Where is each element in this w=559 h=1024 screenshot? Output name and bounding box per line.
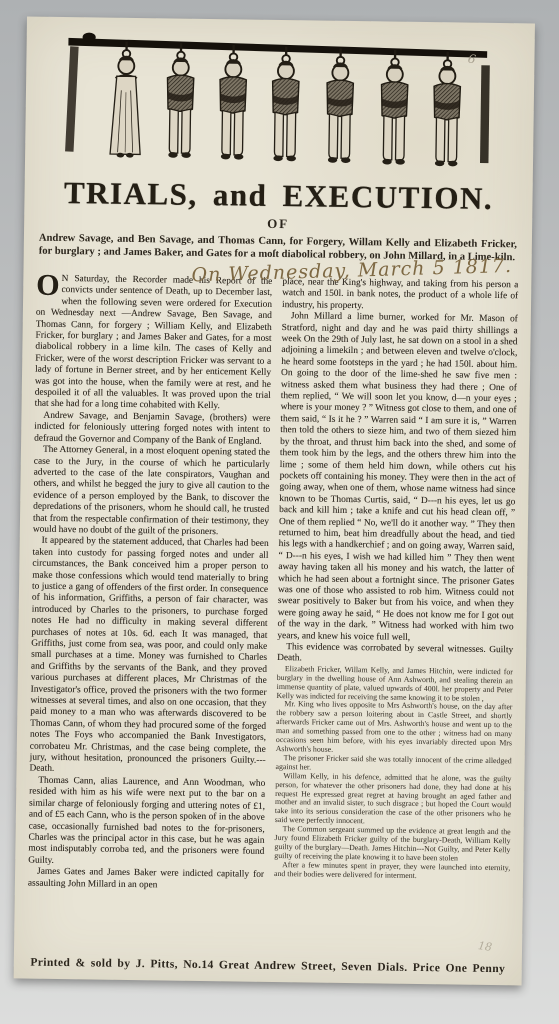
paragraph-text: N Saturday, the Recorder made his Report…: [35, 274, 273, 412]
paragraph: It appeared by the statement adduced, th…: [29, 536, 268, 779]
imprint-line: Printed & sold by J. Pitts, No.14 Great …: [27, 957, 509, 976]
hanged-figure: [272, 46, 300, 161]
paragraph: Willam Kelly, in his defence, admitted t…: [275, 772, 512, 829]
right-column: place, near the King's highway, and taki…: [273, 277, 518, 959]
hanged-figure: [166, 43, 194, 158]
hanged-figure: [326, 48, 354, 163]
hanged-figure-woman: [110, 41, 142, 157]
pencil-mark-bottom: 18: [477, 939, 493, 954]
page-title: TRIALS, and EXECUTION.: [37, 175, 519, 218]
paragraph: Elizabeth Fricker, Willam Kelly, and Jam…: [276, 665, 512, 704]
paragraph: John Millard a lime burner, worked for M…: [277, 311, 518, 645]
left-column: ON Saturday, the Recorder made his Repor…: [27, 274, 272, 956]
drop-cap: O: [36, 274, 62, 297]
paragraph: ON Saturday, the Recorder made his Repor…: [35, 274, 273, 414]
hanged-figure: [219, 45, 247, 160]
text-columns: ON Saturday, the Recorder made his Repor…: [27, 274, 518, 960]
paragraph: Mr. King who lives opposite to Mrs Ashwo…: [276, 700, 513, 757]
gallows-illustration: [63, 27, 497, 175]
broadside-paper: TRIALS, and EXECUTION. OF Andrew Savage,…: [14, 16, 535, 985]
paragraph: James Gates and James Baker were indicte…: [28, 867, 264, 893]
hanged-figure: [433, 51, 461, 166]
paragraph: Thomas Cann, alias Laurence, and Ann Woo…: [28, 775, 265, 870]
paragraph: The Attorney General, in a most eloquent…: [33, 445, 270, 540]
hanged-figure: [380, 50, 408, 165]
paragraph: The Common sergeant summed up the eviden…: [274, 825, 510, 864]
paragraph: Andrew Savage, and Benjamin Savage, (bro…: [34, 410, 270, 448]
paragraph: After a few minutes spent in prayer, the…: [274, 861, 510, 882]
